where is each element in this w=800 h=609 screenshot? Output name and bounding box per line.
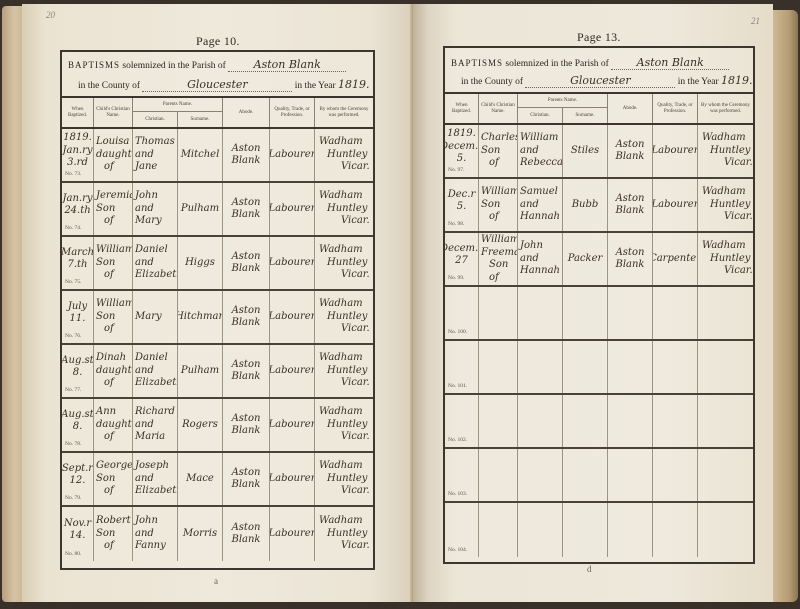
parent-christian-names: Joseph and Elizabeth xyxy=(133,453,178,505)
register-entry: 1819. Jan.ry 3.rd No. 73. Louisa daughte… xyxy=(62,129,373,183)
child-name: George Son of xyxy=(94,453,133,505)
county-name: Gloucester xyxy=(142,78,292,92)
parent-christian-names: Samuel and Hannah xyxy=(518,179,563,231)
register-entry: No. 102. xyxy=(445,395,753,449)
child-name: William Son of xyxy=(94,291,133,343)
parent-christian-names xyxy=(518,395,563,447)
quality-trade: Labourer xyxy=(270,345,315,397)
officiant: Wadham Huntley Vicar. xyxy=(698,233,753,285)
register-entry: 1819. Decem.r 5. No. 97. Charles Son of … xyxy=(445,125,753,179)
surname xyxy=(563,395,608,447)
register-entry: Sept.r 12. No. 79. George Son of Joseph … xyxy=(62,453,373,507)
col-when-baptized: When Baptized. xyxy=(62,98,94,127)
baptism-date: No. 101. xyxy=(445,341,479,393)
abode: Aston Blank xyxy=(223,129,270,181)
abode: Aston Blank xyxy=(608,233,653,285)
baptism-register-table: BAPTISMS solemnized in the Parish of Ast… xyxy=(443,46,755,564)
baptism-date: Decem.r 27 No. 99. xyxy=(445,233,479,285)
quality-trade: Labourer xyxy=(270,399,315,451)
parent-christian-names xyxy=(518,503,563,557)
col-child-name: Child's Christian Name. xyxy=(94,98,133,127)
officiant xyxy=(698,341,753,393)
entry-number: No. 75. xyxy=(65,279,81,286)
child-name: Dinah daughter of xyxy=(94,345,133,397)
right-page: 21 Page 13. BAPTISMS solemnized in the P… xyxy=(413,4,773,602)
abode: Aston Blank xyxy=(608,179,653,231)
officiant: Wadham Huntley Vicar. xyxy=(315,399,373,451)
entries: 1819. Jan.ry 3.rd No. 73. Louisa daughte… xyxy=(62,129,373,561)
col-child-name: Child's Christian Name. xyxy=(479,94,518,123)
entry-number: No. 77. xyxy=(65,387,81,394)
heading-prefix: BAPTISMS xyxy=(451,58,503,68)
surname: Packer xyxy=(563,233,608,285)
register-entry: Aug.st 8. No. 77. Dinah daughter of Dani… xyxy=(62,345,373,399)
baptism-date: No. 102. xyxy=(445,395,479,447)
heading-prefix: BAPTISMS xyxy=(68,60,120,70)
register-heading: BAPTISMS solemnized in the Parish of Ast… xyxy=(62,52,373,98)
quality-trade: Labourer xyxy=(270,183,315,235)
child-name: William Son of xyxy=(479,179,518,231)
col-when-baptized: When Baptized. xyxy=(445,94,479,123)
column-headers: When Baptized. Child's Christian Name. P… xyxy=(62,98,373,129)
register-entry: No. 104. xyxy=(445,503,753,557)
abode: Aston Blank xyxy=(223,507,270,561)
entry-number: No. 102. xyxy=(448,437,467,444)
officiant xyxy=(698,503,753,557)
col-by-whom: By whom the Ceremony was performed. xyxy=(698,94,753,123)
entry-number: No. 104. xyxy=(448,547,467,554)
parent-christian-names: Daniel and Elizabeth xyxy=(133,345,178,397)
baptism-date: No. 100. xyxy=(445,287,479,339)
register-entry: Nov.r 14. No. 80. Robert Son of John and… xyxy=(62,507,373,561)
parent-christian-names: Mary xyxy=(133,291,178,343)
officiant xyxy=(698,287,753,339)
entry-number: No. 98. xyxy=(448,221,464,228)
page-title: Page 10. xyxy=(196,34,240,49)
abode: Aston Blank xyxy=(223,453,270,505)
register-entry: July 11. No. 76. William Son of Mary Hit… xyxy=(62,291,373,345)
baptism-date: No. 103. xyxy=(445,449,479,501)
entry-number: No. 100. xyxy=(448,329,467,336)
surname: Hitchman xyxy=(178,291,223,343)
surname: Rogers xyxy=(178,399,223,451)
quality-trade xyxy=(653,503,698,557)
officiant: Wadham Huntley Vicar. xyxy=(315,453,373,505)
baptism-date: No. 104. xyxy=(445,503,479,557)
abode xyxy=(608,341,653,393)
col-christian: Christian. xyxy=(133,112,178,127)
abode: Aston Blank xyxy=(223,291,270,343)
child-name: William Son of xyxy=(94,237,133,289)
quality-trade: Labourer xyxy=(270,291,315,343)
entry-number: No. 97. xyxy=(448,167,464,174)
county-label: in the County of xyxy=(78,81,140,91)
parent-christian-names: John and Fanny xyxy=(133,507,178,561)
quality-trade: Labourer xyxy=(270,507,315,561)
signature-mark: d xyxy=(587,564,592,574)
quality-trade: Labourer xyxy=(653,125,698,177)
register-entry: Dec.r 5. No. 98. William Son of Samuel a… xyxy=(445,179,753,233)
quality-trade: Labourer xyxy=(653,179,698,231)
parents-label: Parents Name. xyxy=(518,94,607,108)
baptism-date: Dec.r 5. No. 98. xyxy=(445,179,479,231)
register-entry: No. 103. xyxy=(445,449,753,503)
folio-number: 20 xyxy=(46,10,55,20)
register-entry: Decem.r 27 No. 99. William Freeman Son o… xyxy=(445,233,753,287)
parish-name: Aston Blank xyxy=(611,56,729,70)
register-entry: No. 101. xyxy=(445,341,753,395)
abode xyxy=(608,503,653,557)
child-name: Charles Son of xyxy=(479,125,518,177)
year-label: in the Year xyxy=(678,77,719,87)
register-entry: No. 100. xyxy=(445,287,753,341)
officiant: Wadham Huntley Vicar. xyxy=(698,179,753,231)
baptism-date: 1819. Decem.r 5. No. 97. xyxy=(445,125,479,177)
parent-christian-names xyxy=(518,449,563,501)
year-value: 1819. xyxy=(338,78,370,91)
abode xyxy=(608,449,653,501)
parent-christian-names xyxy=(518,287,563,339)
surname: Bubb xyxy=(563,179,608,231)
surname: Higgs xyxy=(178,237,223,289)
register-heading: BAPTISMS solemnized in the Parish of Ast… xyxy=(445,48,753,94)
entry-number: No. 80. xyxy=(65,551,81,558)
open-register-book: 20 Page 10. BAPTISMS solemnized in the P… xyxy=(0,0,800,609)
child-name: Ann daughter of xyxy=(94,399,133,451)
child-name: William Freeman Son of xyxy=(479,233,518,285)
col-abode: Abode. xyxy=(608,94,653,123)
parents-label: Parents Name. xyxy=(133,98,222,112)
entry-number: No. 79. xyxy=(65,495,81,502)
abode: Aston Blank xyxy=(223,183,270,235)
officiant xyxy=(698,395,753,447)
entry-number: No. 101. xyxy=(448,383,467,390)
parent-christian-names: Thomas and Jane xyxy=(133,129,178,181)
col-quality: Quality, Trade, or Profession. xyxy=(653,94,698,123)
quality-trade xyxy=(653,341,698,393)
county-name: Gloucester xyxy=(525,74,675,88)
entry-number: No. 73. xyxy=(65,171,81,178)
officiant: Wadham Huntley Vicar. xyxy=(315,291,373,343)
baptism-date: Aug.st 8. No. 77. xyxy=(62,345,94,397)
officiant: Wadham Huntley Vicar. xyxy=(698,125,753,177)
register-entry: Jan.ry 24.th No. 74. Jeremiah Son of Joh… xyxy=(62,183,373,237)
officiant: Wadham Huntley Vicar. xyxy=(315,183,373,235)
heading-text: solemnized in the Parish of xyxy=(505,59,608,69)
quality-trade: Labourer xyxy=(270,237,315,289)
child-name xyxy=(479,449,518,501)
parent-christian-names: William and Rebecca xyxy=(518,125,563,177)
surname: Stiles xyxy=(563,125,608,177)
column-headers: When Baptized. Child's Christian Name. P… xyxy=(445,94,753,125)
folio-number: 21 xyxy=(751,16,760,26)
surname xyxy=(563,341,608,393)
child-name xyxy=(479,395,518,447)
heading-text: solemnized in the Parish of xyxy=(122,61,225,71)
quality-trade: Labourer xyxy=(270,129,315,181)
signature-mark: a xyxy=(214,576,218,586)
surname: Morris xyxy=(178,507,223,561)
register-entry: Aug.st 8. No. 78. Ann daughter of Richar… xyxy=(62,399,373,453)
child-name: Jeremiah Son of xyxy=(94,183,133,235)
baptism-date: Aug.st 8. No. 78. xyxy=(62,399,94,451)
surname: Mace xyxy=(178,453,223,505)
parish-name: Aston Blank xyxy=(228,58,346,72)
parent-christian-names: John and Hannah xyxy=(518,233,563,285)
abode: Aston Blank xyxy=(223,237,270,289)
quality-trade xyxy=(653,287,698,339)
quality-trade xyxy=(653,395,698,447)
quality-trade xyxy=(653,449,698,501)
parent-christian-names: Richard and Maria xyxy=(133,399,178,451)
col-surname: Surname. xyxy=(178,112,222,127)
abode: Aston Blank xyxy=(608,125,653,177)
entry-number: No. 74. xyxy=(65,225,81,232)
page-title: Page 13. xyxy=(577,30,621,45)
baptism-date: Sept.r 12. No. 79. xyxy=(62,453,94,505)
officiant: Wadham Huntley Vicar. xyxy=(315,129,373,181)
abode xyxy=(608,287,653,339)
parent-christian-names: John and Mary xyxy=(133,183,178,235)
surname: Pulham xyxy=(178,345,223,397)
baptism-date: Nov.r 14. No. 80. xyxy=(62,507,94,561)
officiant: Wadham Huntley Vicar. xyxy=(315,345,373,397)
child-name: Robert Son of xyxy=(94,507,133,561)
baptism-date: March 7.th No. 75. xyxy=(62,237,94,289)
year-label: in the Year xyxy=(295,81,336,91)
child-name xyxy=(479,287,518,339)
child-name xyxy=(479,503,518,557)
entry-number: No. 78. xyxy=(65,441,81,448)
col-parents-name: Parents Name. Christian. Surname. xyxy=(518,94,608,123)
parent-christian-names xyxy=(518,341,563,393)
abode xyxy=(608,395,653,447)
baptism-date: July 11. No. 76. xyxy=(62,291,94,343)
child-name: Louisa daughter of xyxy=(94,129,133,181)
year-value: 1819. xyxy=(721,74,753,87)
register-entry: March 7.th No. 75. William Son of Daniel… xyxy=(62,237,373,291)
entry-number: No. 76. xyxy=(65,333,81,340)
officiant: Wadham Huntley Vicar. xyxy=(315,507,373,561)
col-quality: Quality, Trade, or Profession. xyxy=(270,98,315,127)
baptism-date: Jan.ry 24.th No. 74. xyxy=(62,183,94,235)
surname: Pulham xyxy=(178,183,223,235)
abode: Aston Blank xyxy=(223,345,270,397)
entry-number: No. 103. xyxy=(448,491,467,498)
col-parents-name: Parents Name. Christian. Surname. xyxy=(133,98,223,127)
col-surname: Surname. xyxy=(563,108,607,123)
col-by-whom: By whom the Ceremony was performed. xyxy=(315,98,373,127)
baptism-register-table: BAPTISMS solemnized in the Parish of Ast… xyxy=(60,50,375,570)
baptism-date: 1819. Jan.ry 3.rd No. 73. xyxy=(62,129,94,181)
surname xyxy=(563,503,608,557)
officiant xyxy=(698,449,753,501)
officiant: Wadham Huntley Vicar. xyxy=(315,237,373,289)
surname xyxy=(563,287,608,339)
parent-christian-names: Daniel and Elizabeth xyxy=(133,237,178,289)
quality-trade: Labourer xyxy=(270,453,315,505)
entry-number: No. 99. xyxy=(448,275,464,282)
county-label: in the County of xyxy=(461,77,523,87)
left-page: 20 Page 10. BAPTISMS solemnized in the P… xyxy=(22,4,417,602)
surname: Mitchel xyxy=(178,129,223,181)
surname xyxy=(563,449,608,501)
col-abode: Abode. xyxy=(223,98,270,127)
child-name xyxy=(479,341,518,393)
quality-trade: Carpenter xyxy=(653,233,698,285)
entries: 1819. Decem.r 5. No. 97. Charles Son of … xyxy=(445,125,753,557)
col-christian: Christian. xyxy=(518,108,563,123)
abode: Aston Blank xyxy=(223,399,270,451)
